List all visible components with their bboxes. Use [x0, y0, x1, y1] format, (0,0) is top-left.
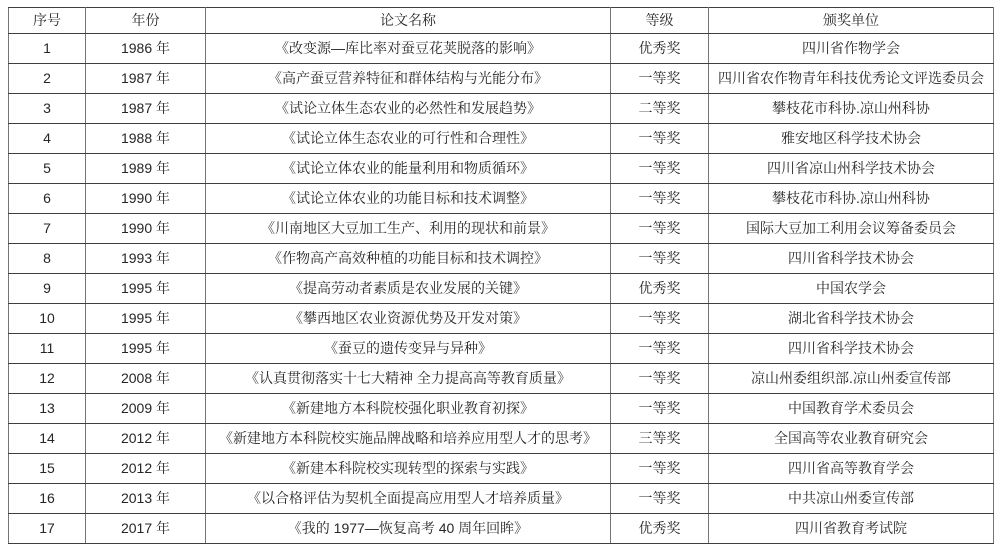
- cell-year: 1987 年: [86, 64, 206, 94]
- cell-grade: 一等奖: [611, 124, 709, 154]
- cell-year: 2012 年: [86, 454, 206, 484]
- table-header: 序号 年份 论文名称 等级 颁奖单位: [9, 8, 994, 34]
- cell-org: 四川省科学技术协会: [709, 334, 994, 364]
- cell-grade: 二等奖: [611, 94, 709, 124]
- cell-grade: 一等奖: [611, 304, 709, 334]
- cell-grade: 一等奖: [611, 484, 709, 514]
- table-row: 4 1988 年 《试论立体生态农业的可行性和合理性》 一等奖 雅安地区科学技术…: [9, 124, 994, 154]
- cell-org: 湖北省科学技术协会: [709, 304, 994, 334]
- cell-grade: 优秀奖: [611, 514, 709, 544]
- cell-index: 5: [9, 154, 86, 184]
- cell-year: 1995 年: [86, 274, 206, 304]
- cell-org: 攀枝花市科协.凉山州科协: [709, 184, 994, 214]
- cell-grade: 优秀奖: [611, 274, 709, 304]
- cell-index: 3: [9, 94, 86, 124]
- table-row: 14 2012 年 《新建地方本科院校实施品牌战略和培养应用型人才的思考》 三等…: [9, 424, 994, 454]
- cell-title: 《高产蚕豆营养特征和群体结构与光能分布》: [206, 64, 611, 94]
- table-row: 1 1986 年 《改变源—库比率对蚕豆花荚脱落的影响》 优秀奖 四川省作物学会: [9, 34, 994, 64]
- table-row: 12 2008 年 《认真贯彻落实十七大精神 全力提高高等教育质量》 一等奖 凉…: [9, 364, 994, 394]
- table-row: 3 1987 年 《试论立体生态农业的必然性和发展趋势》 二等奖 攀枝花市科协.…: [9, 94, 994, 124]
- cell-org: 攀枝花市科协.凉山州科协: [709, 94, 994, 124]
- cell-year: 2012 年: [86, 424, 206, 454]
- header-grade: 等级: [611, 8, 709, 34]
- table-row: 16 2013 年 《以合格评估为契机全面提高应用型人才培养质量》 一等奖 中共…: [9, 484, 994, 514]
- cell-org: 雅安地区科学技术协会: [709, 124, 994, 154]
- cell-grade: 一等奖: [611, 364, 709, 394]
- cell-grade: 一等奖: [611, 454, 709, 484]
- cell-title: 《新建地方本科院校强化职业教育初探》: [206, 394, 611, 424]
- cell-index: 2: [9, 64, 86, 94]
- cell-index: 11: [9, 334, 86, 364]
- cell-title: 《试论立体农业的功能目标和技术调整》: [206, 184, 611, 214]
- cell-index: 1: [9, 34, 86, 64]
- cell-index: 8: [9, 244, 86, 274]
- cell-grade: 一等奖: [611, 64, 709, 94]
- table-row: 11 1995 年 《蚕豆的遗传变异与异种》 一等奖 四川省科学技术协会: [9, 334, 994, 364]
- cell-grade: 一等奖: [611, 334, 709, 364]
- cell-index: 10: [9, 304, 86, 334]
- table-row: 6 1990 年 《试论立体农业的功能目标和技术调整》 一等奖 攀枝花市科协.凉…: [9, 184, 994, 214]
- table-row: 7 1990 年 《川南地区大豆加工生产、利用的现状和前景》 一等奖 国际大豆加…: [9, 214, 994, 244]
- table-row: 15 2012 年 《新建本科院校实现转型的探索与实践》 一等奖 四川省高等教育…: [9, 454, 994, 484]
- header-year: 年份: [86, 8, 206, 34]
- cell-org: 四川省作物学会: [709, 34, 994, 64]
- cell-grade: 一等奖: [611, 154, 709, 184]
- cell-index: 4: [9, 124, 86, 154]
- document-page: 序号 年份 论文名称 等级 颁奖单位 1 1986 年 《改变源—库比率对蚕豆花…: [0, 0, 1000, 549]
- cell-index: 14: [9, 424, 86, 454]
- cell-index: 12: [9, 364, 86, 394]
- cell-year: 1995 年: [86, 334, 206, 364]
- cell-index: 6: [9, 184, 86, 214]
- cell-org: 四川省教育考试院: [709, 514, 994, 544]
- cell-title: 《攀西地区农业资源优势及开发对策》: [206, 304, 611, 334]
- header-title: 论文名称: [206, 8, 611, 34]
- cell-org: 四川省农作物青年科技优秀论文评选委员会: [709, 64, 994, 94]
- cell-title: 《新建地方本科院校实施品牌战略和培养应用型人才的思考》: [206, 424, 611, 454]
- cell-year: 2009 年: [86, 394, 206, 424]
- cell-year: 1987 年: [86, 94, 206, 124]
- cell-year: 1988 年: [86, 124, 206, 154]
- cell-title: 《作物高产高效种植的功能目标和技术调控》: [206, 244, 611, 274]
- cell-org: 凉山州委组织部.凉山州委宣传部: [709, 364, 994, 394]
- cell-title: 《我的 1977—恢复高考 40 周年回眸》: [206, 514, 611, 544]
- header-org: 颁奖单位: [709, 8, 994, 34]
- cell-grade: 优秀奖: [611, 34, 709, 64]
- header-index: 序号: [9, 8, 86, 34]
- cell-grade: 一等奖: [611, 214, 709, 244]
- awards-table: 序号 年份 论文名称 等级 颁奖单位 1 1986 年 《改变源—库比率对蚕豆花…: [8, 7, 994, 544]
- cell-title: 《试论立体农业的能量利用和物质循环》: [206, 154, 611, 184]
- cell-year: 1986 年: [86, 34, 206, 64]
- cell-org: 四川省高等教育学会: [709, 454, 994, 484]
- cell-org: 四川省凉山州科学技术协会: [709, 154, 994, 184]
- cell-grade: 三等奖: [611, 424, 709, 454]
- cell-org: 四川省科学技术协会: [709, 244, 994, 274]
- table-row: 2 1987 年 《高产蚕豆营养特征和群体结构与光能分布》 一等奖 四川省农作物…: [9, 64, 994, 94]
- cell-org: 中国教育学术委员会: [709, 394, 994, 424]
- cell-org: 中共凉山州委宣传部: [709, 484, 994, 514]
- table-row: 13 2009 年 《新建地方本科院校强化职业教育初探》 一等奖 中国教育学术委…: [9, 394, 994, 424]
- table-body: 1 1986 年 《改变源—库比率对蚕豆花荚脱落的影响》 优秀奖 四川省作物学会…: [9, 34, 994, 544]
- cell-year: 1995 年: [86, 304, 206, 334]
- cell-index: 16: [9, 484, 86, 514]
- cell-title: 《新建本科院校实现转型的探索与实践》: [206, 454, 611, 484]
- cell-year: 1993 年: [86, 244, 206, 274]
- cell-year: 2013 年: [86, 484, 206, 514]
- cell-year: 2017 年: [86, 514, 206, 544]
- cell-title: 《川南地区大豆加工生产、利用的现状和前景》: [206, 214, 611, 244]
- cell-index: 13: [9, 394, 86, 424]
- table-row: 9 1995 年 《提高劳动者素质是农业发展的关键》 优秀奖 中国农学会: [9, 274, 994, 304]
- cell-year: 1990 年: [86, 214, 206, 244]
- table-row: 5 1989 年 《试论立体农业的能量利用和物质循环》 一等奖 四川省凉山州科学…: [9, 154, 994, 184]
- table-row: 17 2017 年 《我的 1977—恢复高考 40 周年回眸》 优秀奖 四川省…: [9, 514, 994, 544]
- table-row: 8 1993 年 《作物高产高效种植的功能目标和技术调控》 一等奖 四川省科学技…: [9, 244, 994, 274]
- cell-index: 15: [9, 454, 86, 484]
- cell-title: 《认真贯彻落实十七大精神 全力提高高等教育质量》: [206, 364, 611, 394]
- cell-grade: 一等奖: [611, 244, 709, 274]
- cell-year: 1989 年: [86, 154, 206, 184]
- cell-org: 全国高等农业教育研究会: [709, 424, 994, 454]
- cell-index: 7: [9, 214, 86, 244]
- cell-index: 17: [9, 514, 86, 544]
- cell-grade: 一等奖: [611, 184, 709, 214]
- cell-title: 《试论立体生态农业的必然性和发展趋势》: [206, 94, 611, 124]
- table-row: 10 1995 年 《攀西地区农业资源优势及开发对策》 一等奖 湖北省科学技术协…: [9, 304, 994, 334]
- cell-year: 1990 年: [86, 184, 206, 214]
- cell-index: 9: [9, 274, 86, 304]
- cell-org: 国际大豆加工利用会议筹备委员会: [709, 214, 994, 244]
- header-row: 序号 年份 论文名称 等级 颁奖单位: [9, 8, 994, 34]
- cell-org: 中国农学会: [709, 274, 994, 304]
- cell-title: 《以合格评估为契机全面提高应用型人才培养质量》: [206, 484, 611, 514]
- cell-title: 《试论立体生态农业的可行性和合理性》: [206, 124, 611, 154]
- cell-title: 《蚕豆的遗传变异与异种》: [206, 334, 611, 364]
- cell-title: 《改变源—库比率对蚕豆花荚脱落的影响》: [206, 34, 611, 64]
- cell-grade: 一等奖: [611, 394, 709, 424]
- cell-title: 《提高劳动者素质是农业发展的关键》: [206, 274, 611, 304]
- cell-year: 2008 年: [86, 364, 206, 394]
